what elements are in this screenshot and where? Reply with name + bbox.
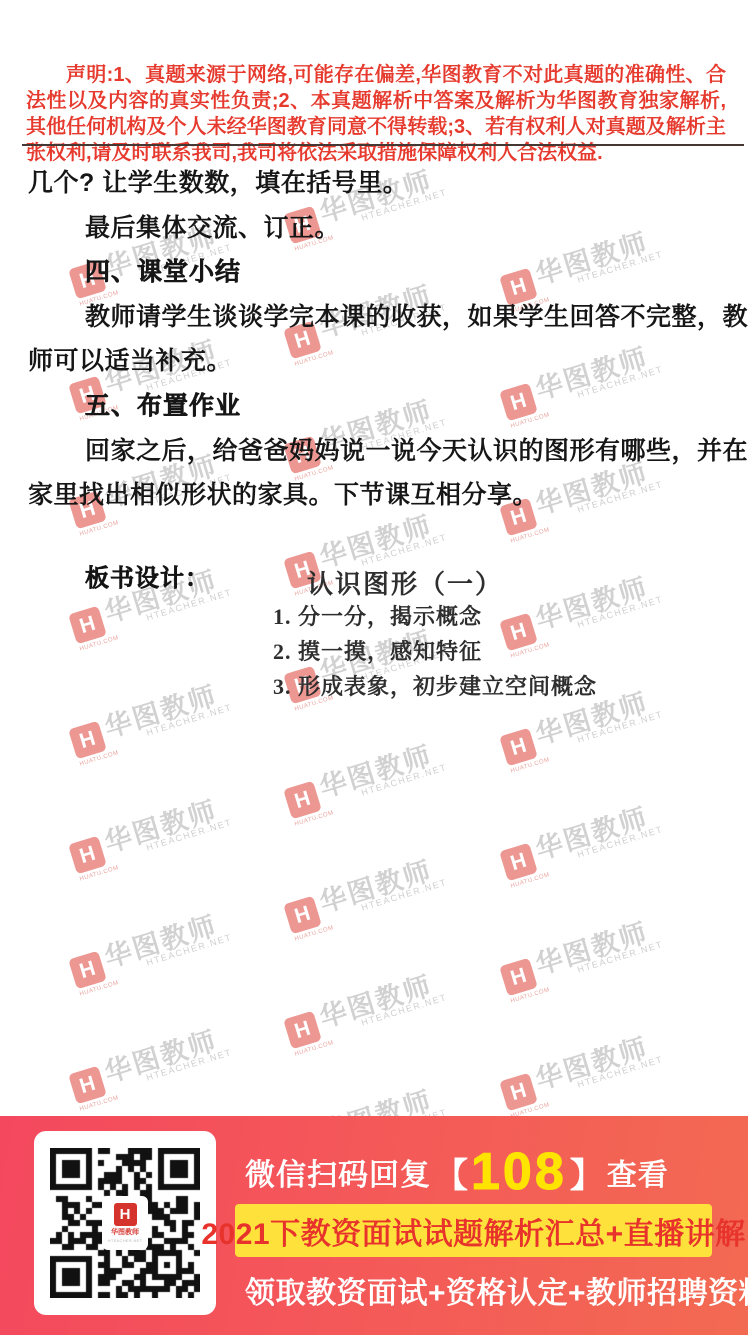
body-line: 几个? 让学生数数，填在括号里。 <box>28 163 408 199</box>
section-heading: 五、布置作业 <box>85 386 241 422</box>
board-item: 1. 分一分，揭示概念 <box>273 600 482 631</box>
board-item: 3. 形成表象，初步建立空间概念 <box>273 670 597 701</box>
body-line: 最后集体交流、订正。 <box>85 208 340 244</box>
document-page: HHUATU.COM华图教师HTEACHER.NETHHUATU.COM华图教师… <box>0 0 748 1335</box>
qr-card: H 华图教师 HTEACHER.NET <box>34 1131 216 1315</box>
huatu-logo-icon: H <box>114 1203 137 1226</box>
board-item: 2. 摸一摸，感知特征 <box>273 635 482 666</box>
body-line: 回家之后，给爸爸妈妈说一说今天认识的图形有哪些，并在 <box>85 431 748 467</box>
bracket-open: 【 <box>434 1148 468 1197</box>
banner-line-1: 微信扫码回复 【 108 】 查看 <box>245 1144 669 1200</box>
disclaimer-label: 声明: <box>66 64 113 86</box>
banner-line-3: 领取教资面试+资格认定+教师招聘资料 <box>245 1268 748 1312</box>
section-heading: 四、课堂小结 <box>85 252 241 288</box>
banner-line1-prefix: 微信扫码回复 <box>245 1150 431 1194</box>
body-line: 教师请学生谈谈学完本课的收获，如果学生回答不完整，教 <box>85 297 748 333</box>
qr-center-label: 华图教师 <box>111 1227 139 1237</box>
body-line: 师可以适当补充。 <box>28 341 232 377</box>
reply-code: 108 <box>471 1146 567 1198</box>
qr-center-subtext: HTEACHER.NET <box>108 1238 143 1243</box>
board-design-title: 认识图形（一） <box>307 564 503 601</box>
body-line: 家里找出相似形状的家具。下节课互相分享。 <box>28 475 538 511</box>
disclaimer-divider <box>22 144 744 146</box>
banner-highlight-box: 2021下教资面试试题解析汇总+直播讲解 <box>235 1204 712 1257</box>
qr-center-badge: H 华图教师 HTEACHER.NET <box>102 1196 148 1250</box>
disclaimer-text: 声明:1、真题来源于网络,可能存在偏差,华图教育不对此真题的准确性、合法性以及内… <box>26 62 726 166</box>
promo-banner: H 华图教师 HTEACHER.NET 微信扫码回复 【 108 】 查看 20… <box>0 1116 748 1335</box>
bracket-close: 】 <box>570 1148 604 1197</box>
banner-line1-suffix: 查看 <box>607 1150 669 1194</box>
board-design-label: 板书设计： <box>85 558 210 593</box>
